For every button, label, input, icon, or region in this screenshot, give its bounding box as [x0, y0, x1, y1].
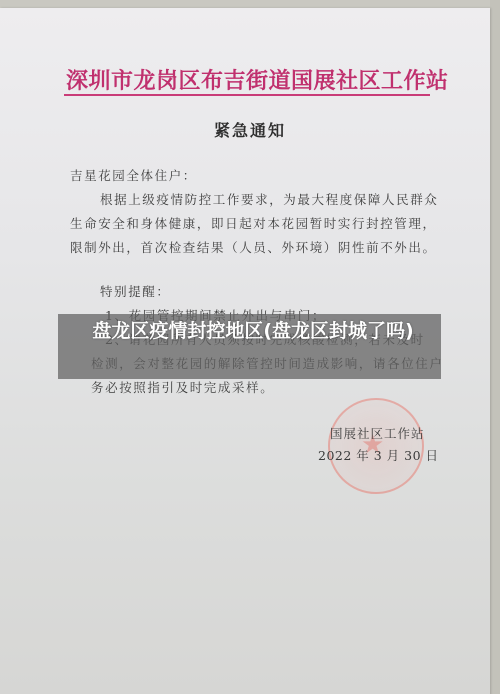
- body-line: 生命安全和身体健康，即日起对本花园暂时实行封控管理，: [70, 214, 437, 232]
- signature-date: 2022 年 3 月 30 日: [318, 446, 439, 464]
- reminder-heading: 特别提醒：: [100, 282, 171, 300]
- salutation: 吉星花园全体住户：: [70, 166, 197, 184]
- caption-text: 盘龙区疫情封控地区(盘龙区封城了吗): [68, 318, 438, 345]
- background-edge: [490, 0, 500, 694]
- reminder-line: 务必按照指引及时完成采样。: [91, 378, 274, 396]
- notice-title: 紧急通知: [0, 118, 500, 141]
- signature-org: 国展社区工作站: [330, 424, 425, 442]
- org-header: 深圳市龙岗区布吉街道国展社区工作站: [66, 64, 449, 95]
- body-line: 限制外出，首次检查结果（人员、外环境）阴性前不外出。: [70, 238, 437, 256]
- body-line: 根据上级疫情防控工作要求，为最大程度保障人民群众: [100, 190, 438, 208]
- header-divider: [64, 94, 430, 96]
